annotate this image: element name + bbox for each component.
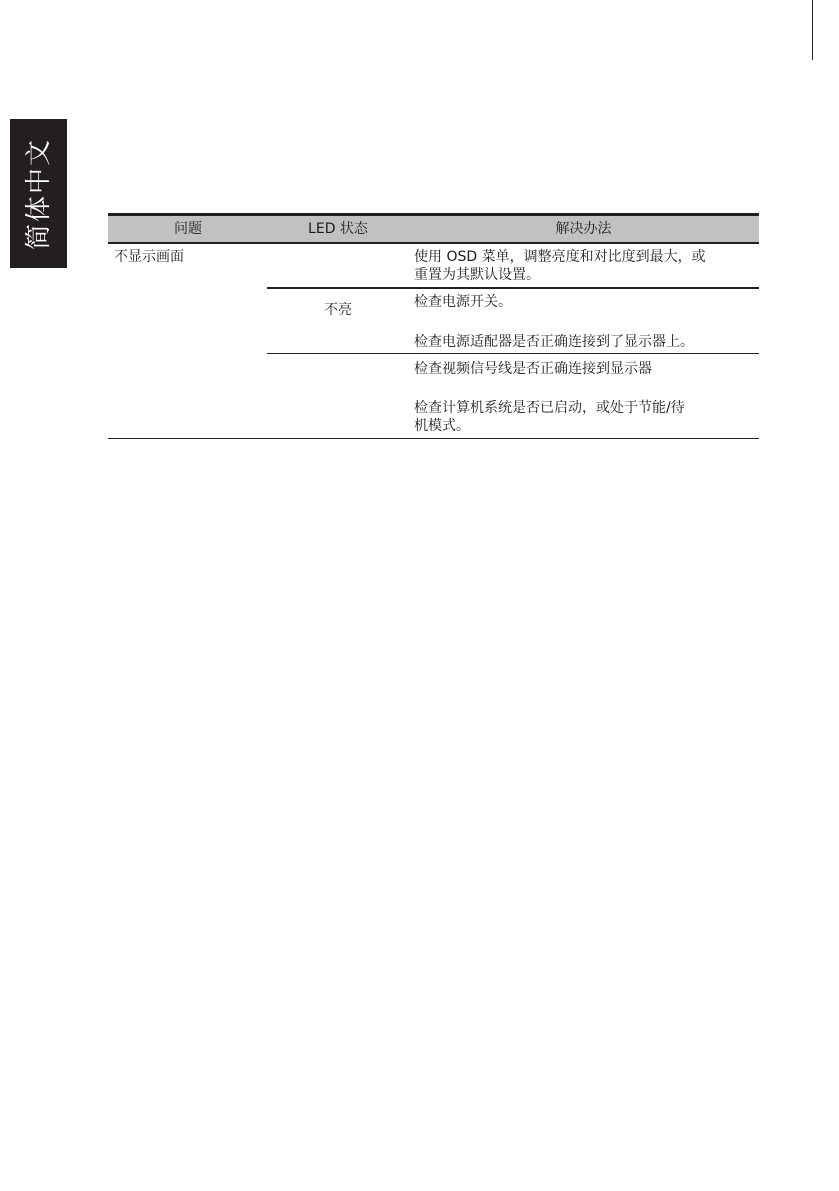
solution-check-power-adapter: 检查电源适配器是否正确连接到了显示器上。 (414, 333, 759, 351)
header-problem: 问题 (108, 221, 268, 237)
language-side-tab: 简体中文 (10, 119, 67, 268)
solution-osd-adjust: 使用 OSD 菜单，调整亮度和对比度到最大，或 重置为其默认设置。 (414, 248, 759, 284)
row-divider (267, 287, 759, 289)
problem-no-display: 不显示画面 (114, 248, 184, 266)
header-led-status: LED 状态 (268, 221, 408, 237)
language-tab-label: 简体中文 (26, 137, 52, 249)
table-header: 问题 LED 状态 解决办法 (108, 213, 759, 244)
solution-check-video-cable: 检查视频信号线是否正确连接到显示器 (414, 360, 759, 378)
solution-line: 机模式。 (414, 417, 759, 435)
led-status-off: 不亮 (268, 301, 408, 319)
solution-line: 检查计算机系统是否已启动，或处于节能/待 (414, 399, 759, 417)
header-solution: 解决办法 (408, 221, 759, 237)
crop-mark (812, 0, 813, 60)
solution-line: 使用 OSD 菜单，调整亮度和对比度到最大，或 (414, 248, 759, 266)
solution-check-power-switch: 检查电源开关。 (414, 293, 759, 311)
table-bottom-rule (108, 438, 759, 439)
solution-check-computer-power: 检查计算机系统是否已启动，或处于节能/待 机模式。 (414, 399, 759, 435)
solution-line: 重置为其默认设置。 (414, 266, 759, 284)
row-divider (267, 353, 759, 354)
